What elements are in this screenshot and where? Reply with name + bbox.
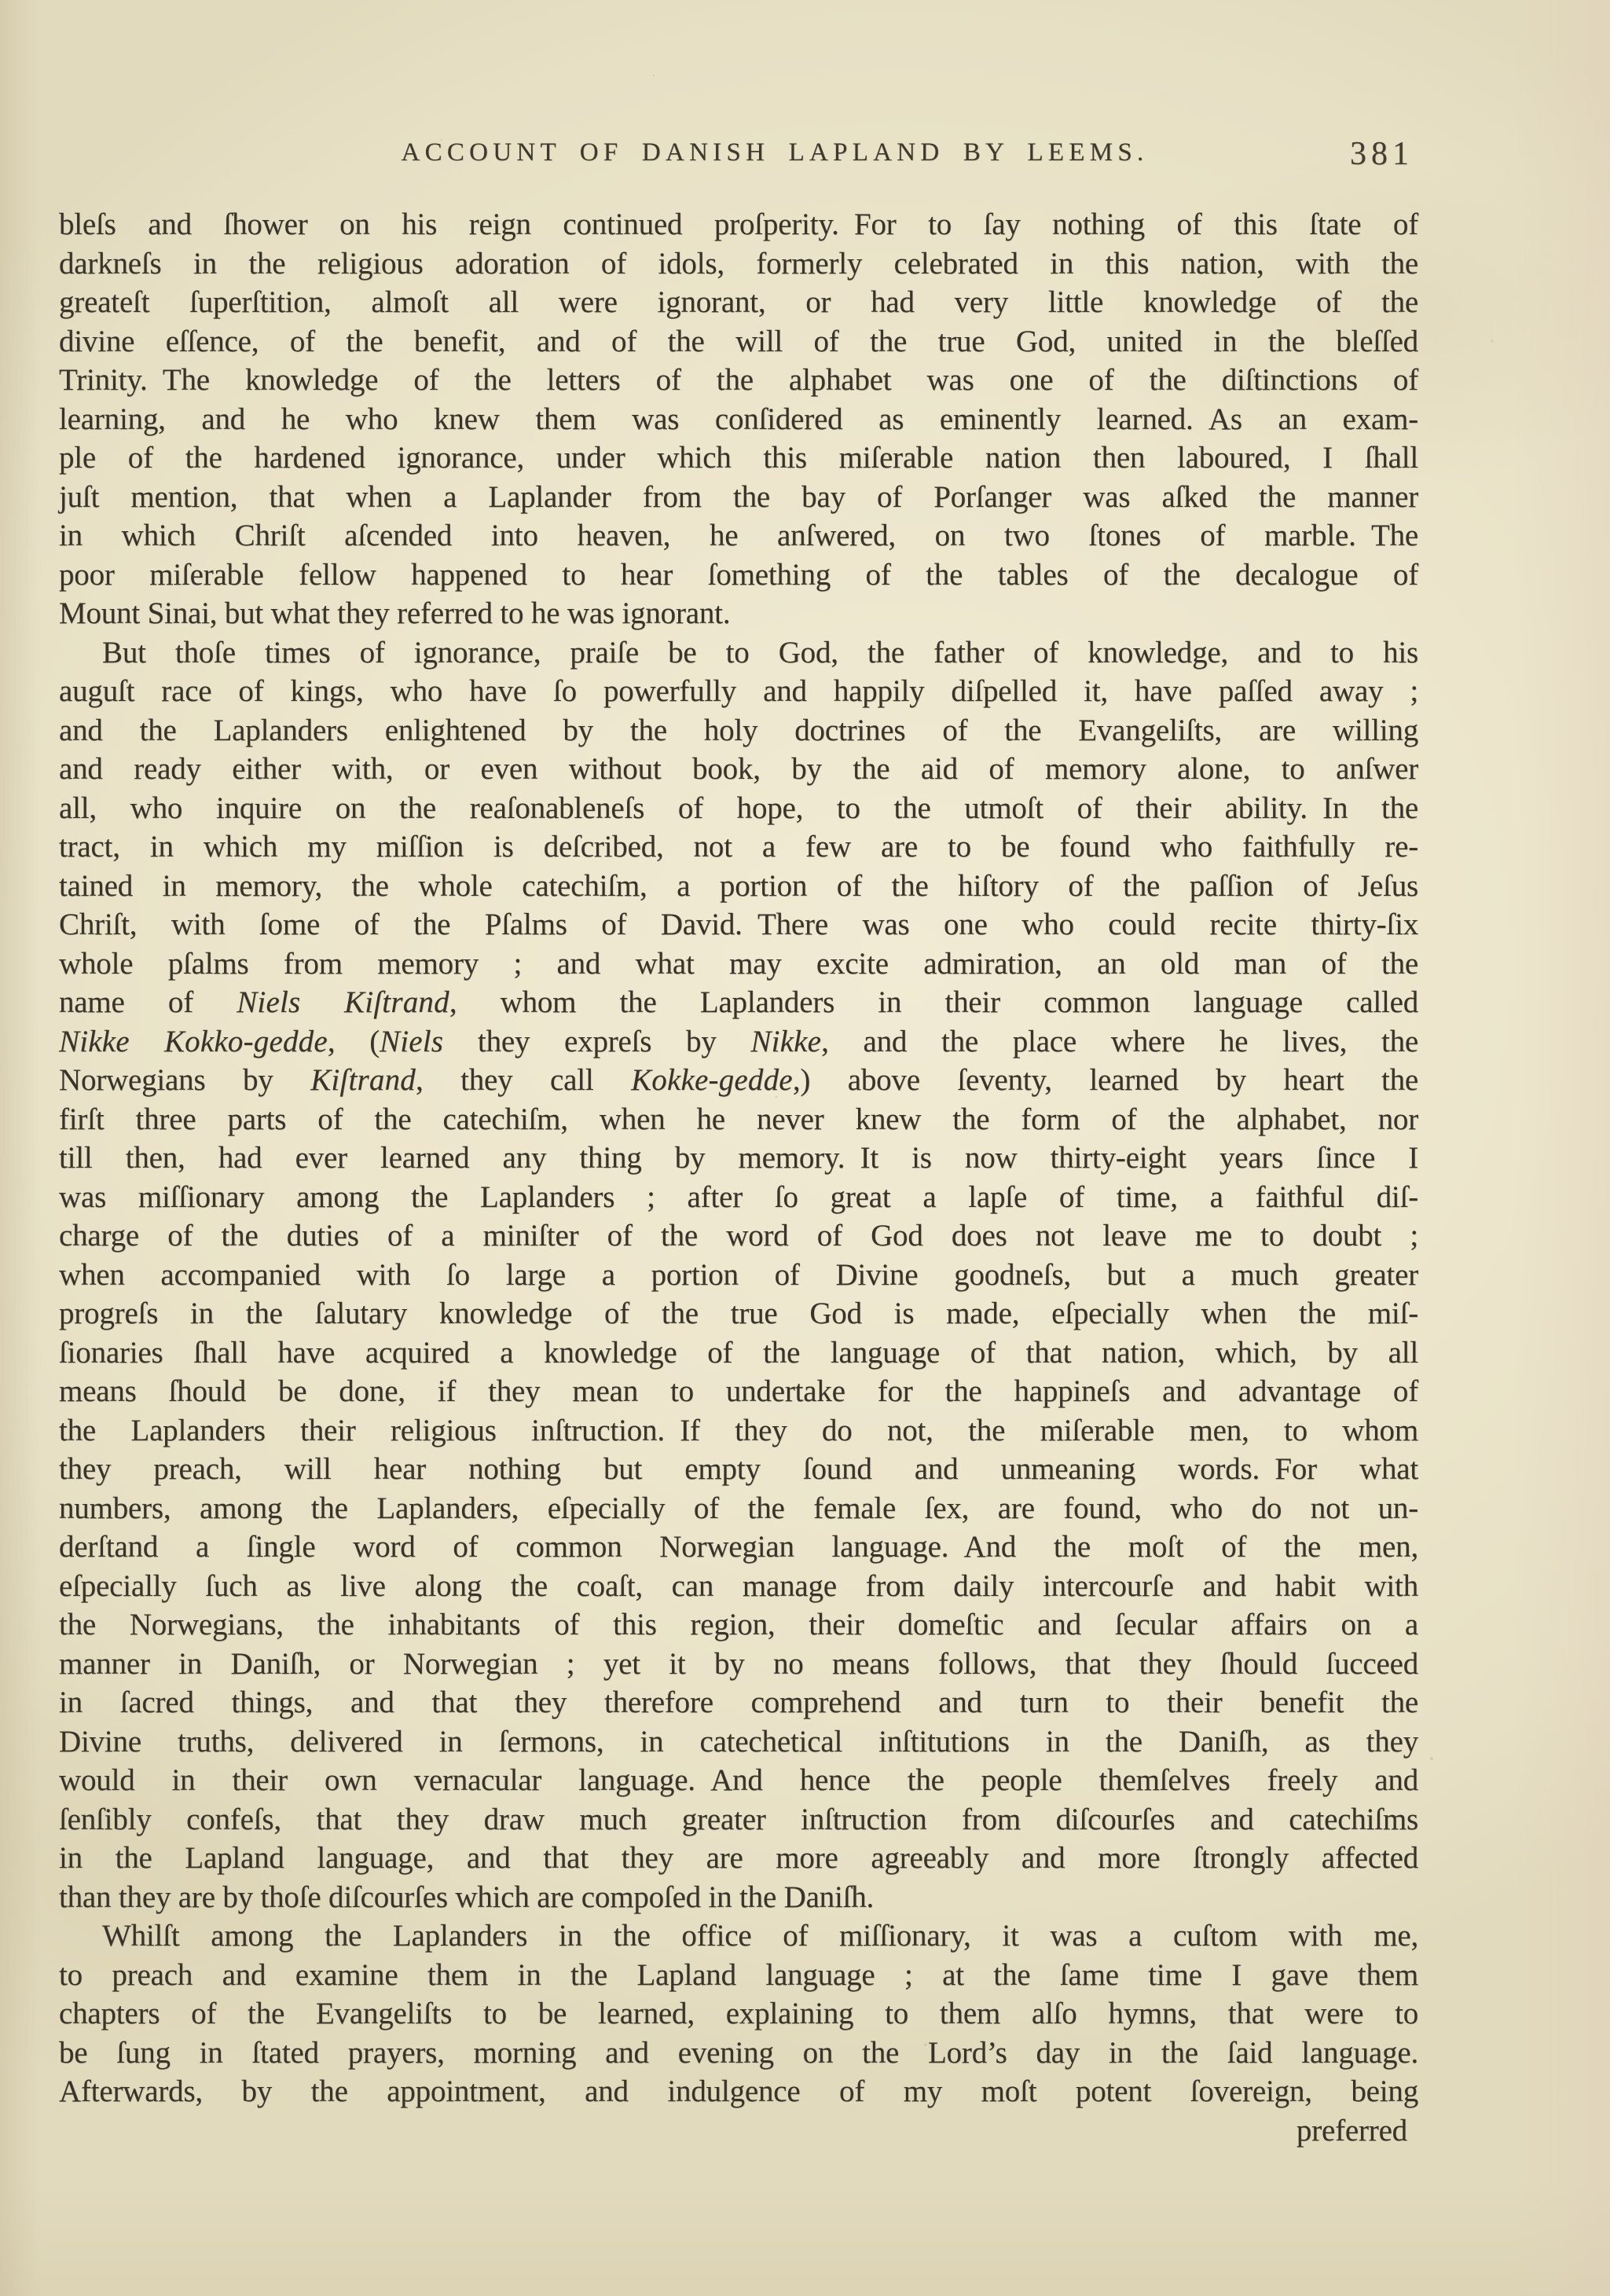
text-segment: to preach and examine them in the Laplan…: [59, 1958, 1418, 1992]
text-segment: darkneſs in the religious adoration of i…: [59, 247, 1418, 281]
text-line: the Norwegians, the inhabitants of this …: [59, 1605, 1418, 1645]
text-segment: greateſt ſuperſtition, almoſt all were i…: [59, 285, 1418, 319]
text-line: the Laplanders their religious inſtructi…: [59, 1411, 1418, 1451]
text-line: progreſs in the ſalutary knowledge of th…: [59, 1294, 1418, 1333]
text-line: in which Chriſt aſcended into heaven, he…: [59, 516, 1418, 556]
text-segment: bleſs and ſhower on his reign continued …: [59, 207, 1418, 241]
text-line: Divine truths, delivered in ſermons, in …: [59, 1722, 1418, 1762]
text-line: would in their own vernacular language. …: [59, 1761, 1418, 1800]
text-segment: Afterwards, by the appointment, and indu…: [59, 2074, 1418, 2108]
italic-text-segment: Nikke: [750, 1025, 821, 1058]
text-line: tained in memory, the whole catechiſm, a…: [59, 867, 1418, 906]
text-line: to preach and examine them in the Laplan…: [59, 1956, 1418, 1995]
text-segment: ſenſibly confeſs, that they draw much gr…: [59, 1803, 1418, 1836]
text-line: learning, and he who knew them was conſi…: [59, 400, 1418, 439]
text-segment: whole pſalms from memory ; and what may …: [59, 947, 1418, 981]
text-segment: in ſacred things, and that they therefor…: [59, 1685, 1418, 1719]
text-line: greateſt ſuperſtition, almoſt all were i…: [59, 283, 1418, 322]
text-segment: the Laplanders their religious inſtructi…: [59, 1414, 1418, 1447]
text-segment: was miſſionary among the Laplanders ; af…: [59, 1180, 1418, 1214]
text-line: and the Laplanders enlightened by the ho…: [59, 711, 1418, 750]
text-segment: , and the place where he lives, the: [821, 1025, 1418, 1058]
text-line: tract, in which my miſſion is deſcribed,…: [59, 827, 1418, 867]
text-segment: and ready either with, or even without b…: [59, 752, 1418, 786]
text-segment: poor miſerable fellow happened to hear ſ…: [59, 558, 1418, 592]
text-line: chapters of the Evangeliſts to be learne…: [59, 1994, 1418, 2034]
page-text: bleſs and ſhower on his reign continued …: [59, 205, 1418, 2150]
text-segment: all, who inquire on the reaſonableneſs o…: [59, 791, 1418, 825]
text-line: derſtand a ſingle word of common Norwegi…: [59, 1528, 1418, 1567]
text-segment: than they are by thoſe diſcourſes which …: [59, 1880, 874, 1914]
paragraph: But thoſe times of ignorance, praiſe be …: [59, 633, 1418, 1917]
text-segment: Norwegians by: [59, 1063, 310, 1097]
text-segment: Mount Sinai, but what they referred to h…: [59, 596, 730, 630]
page-scan: ACCOUNT OF DANISH LAPLAND BY LEEMS. 381 …: [0, 0, 1610, 2296]
text-segment: auguſt race of kings, who have ſo powerf…: [59, 674, 1418, 708]
text-segment: eſpecially ſuch as live along the coaſt,…: [59, 1569, 1418, 1603]
text-line: than they are by thoſe diſcourſes which …: [59, 1878, 1418, 1917]
text-line: they preach, will hear nothing but empty…: [59, 1450, 1418, 1489]
text-line: Whilſt among the Laplanders in the offic…: [59, 1916, 1418, 1956]
text-line: till then, had ever learned any thing by…: [59, 1139, 1418, 1178]
text-segment: ple of the hardened ignorance, under whi…: [59, 441, 1418, 475]
text-segment: means ſhould be done, if they mean to un…: [59, 1374, 1418, 1408]
text-line: Norwegians by Kiſtrand, they call Kokke-…: [59, 1061, 1418, 1100]
text-line: manner in Daniſh, or Norwegian ; yet it …: [59, 1645, 1418, 1684]
text-line: name of Niels Kiſtrand, whom the Lapland…: [59, 983, 1418, 1022]
text-segment: manner in Daniſh, or Norwegian ; yet it …: [59, 1647, 1418, 1681]
text-segment: tained in memory, the whole catechiſm, a…: [59, 869, 1418, 903]
text-segment: numbers, among the Laplanders, eſpeciall…: [59, 1491, 1418, 1525]
text-segment: divine eſſence, of the benefit, and of t…: [59, 325, 1418, 358]
text-segment: Divine truths, delivered in ſermons, in …: [59, 1725, 1418, 1759]
italic-text-segment: Niels Kiſtrand: [237, 985, 449, 1019]
text-segment: ſionaries ſhall have acquired a knowledg…: [59, 1336, 1418, 1370]
text-line: Mount Sinai, but what they referred to h…: [59, 594, 1418, 633]
text-segment: juſt mention, that when a Laplander from…: [59, 480, 1418, 514]
text-segment: But thoſe times of ignorance, praiſe be …: [102, 636, 1418, 669]
catchword: preferred: [59, 2111, 1418, 2151]
text-segment: firſt three parts of the catechiſm, when…: [59, 1102, 1418, 1136]
text-line: charge of the duties of a miniſter of th…: [59, 1216, 1418, 1256]
text-line: Chriſt, with ſome of the Pſalms of David…: [59, 905, 1418, 944]
text-segment: charge of the duties of a miniſter of th…: [59, 1219, 1418, 1253]
text-segment: Whilſt among the Laplanders in the offic…: [102, 1919, 1418, 1953]
text-line: auguſt race of kings, who have ſo powerf…: [59, 672, 1418, 711]
text-segment: be ſung in ſtated prayers, morning and e…: [59, 2036, 1418, 2070]
text-segment: derſtand a ſingle word of common Norwegi…: [59, 1530, 1418, 1564]
text-line: and ready either with, or even without b…: [59, 750, 1418, 789]
text-line: in ſacred things, and that they therefor…: [59, 1683, 1418, 1722]
text-line: was miſſionary among the Laplanders ; af…: [59, 1178, 1418, 1217]
page-number: 381: [1350, 135, 1414, 173]
text-line: Afterwards, by the appointment, and indu…: [59, 2072, 1418, 2111]
text-line: ſionaries ſhall have acquired a knowledg…: [59, 1333, 1418, 1373]
paragraphs: bleſs and ſhower on his reign continued …: [59, 205, 1418, 2111]
italic-text-segment: Kiſtrand: [310, 1063, 416, 1097]
text-segment: when accompanied with ſo large a portion…: [59, 1258, 1418, 1292]
paragraph: bleſs and ſhower on his reign continued …: [59, 205, 1418, 633]
text-line: ple of the hardened ignorance, under whi…: [59, 438, 1418, 478]
text-segment: ,) above ſeventy, learned by heart the: [793, 1063, 1418, 1097]
text-line: numbers, among the Laplanders, eſpeciall…: [59, 1489, 1418, 1528]
text-segment: till then, had ever learned any thing by…: [59, 1141, 1418, 1175]
text-segment: , (: [328, 1025, 380, 1058]
text-line: poor miſerable fellow happened to hear ſ…: [59, 556, 1418, 595]
text-line: But thoſe times of ignorance, praiſe be …: [59, 633, 1418, 673]
text-segment: name of: [59, 985, 237, 1019]
text-segment: in which Chriſt aſcended into heaven, he…: [59, 519, 1418, 552]
text-segment: Trinity. The knowledge of the letters of…: [59, 363, 1418, 397]
text-line: ſenſibly confeſs, that they draw much gr…: [59, 1800, 1418, 1839]
text-segment: Chriſt, with ſome of the Pſalms of David…: [59, 908, 1418, 941]
text-line: juſt mention, that when a Laplander from…: [59, 478, 1418, 517]
text-segment: and the Laplanders enlightened by the ho…: [59, 713, 1418, 747]
paragraph: Whilſt among the Laplanders in the offic…: [59, 1916, 1418, 2111]
text-line: whole pſalms from memory ; and what may …: [59, 944, 1418, 984]
text-segment: , they call: [416, 1063, 631, 1097]
text-segment: in the Lapland language, and that they a…: [59, 1841, 1418, 1875]
italic-text-segment: Nikke Kokko-gedde: [59, 1025, 328, 1058]
text-line: when accompanied with ſo large a portion…: [59, 1256, 1418, 1295]
text-line: means ſhould be done, if they mean to un…: [59, 1372, 1418, 1411]
text-line: Nikke Kokko-gedde, (Niels they expreſs b…: [59, 1022, 1418, 1062]
text-line: Trinity. The knowledge of the letters of…: [59, 361, 1418, 400]
text-segment: they preach, will hear nothing but empty…: [59, 1452, 1418, 1486]
text-segment: tract, in which my miſſion is deſcribed,…: [59, 830, 1418, 864]
text-segment: would in their own vernacular language. …: [59, 1763, 1418, 1797]
text-segment: progreſs in the ſalutary knowledge of th…: [59, 1297, 1418, 1330]
text-line: bleſs and ſhower on his reign continued …: [59, 205, 1418, 244]
text-line: darkneſs in the religious adoration of i…: [59, 244, 1418, 284]
text-segment: the Norwegians, the inhabitants of this …: [59, 1608, 1418, 1641]
italic-text-segment: Kokke-gedde: [631, 1063, 793, 1097]
text-segment: learning, and he who knew them was conſi…: [59, 402, 1418, 436]
text-line: firſt three parts of the catechiſm, when…: [59, 1100, 1418, 1139]
text-segment: chapters of the Evangeliſts to be learne…: [59, 1997, 1418, 2030]
text-segment: , whom the Laplanders in their common la…: [449, 985, 1418, 1019]
text-line: eſpecially ſuch as live along the coaſt,…: [59, 1567, 1418, 1606]
text-segment: they expreſs by: [443, 1025, 750, 1058]
italic-text-segment: Niels: [380, 1025, 443, 1058]
text-line: all, who inquire on the reaſonableneſs o…: [59, 789, 1418, 828]
running-header: ACCOUNT OF DANISH LAPLAND BY LEEMS. 381: [59, 138, 1418, 167]
text-line: in the Lapland language, and that they a…: [59, 1839, 1418, 1878]
header-title: ACCOUNT OF DANISH LAPLAND BY LEEMS.: [402, 138, 1149, 167]
text-line: divine eſſence, of the benefit, and of t…: [59, 322, 1418, 361]
text-line: be ſung in ſtated prayers, morning and e…: [59, 2034, 1418, 2073]
